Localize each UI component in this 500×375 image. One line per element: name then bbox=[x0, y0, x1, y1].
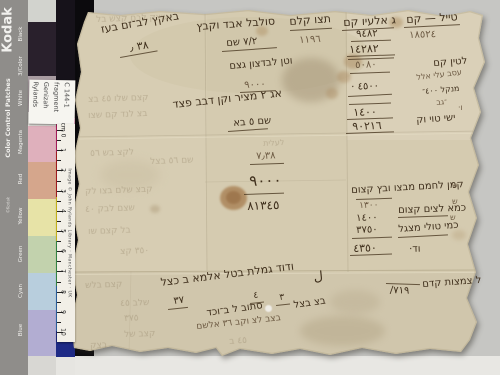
manuscript-line: וד· bbox=[409, 245, 421, 255]
manuscript-line: קצם בלש bbox=[85, 281, 123, 291]
manuscript-text-layer: טייל — קםג אלעיו קם١٨٥٢٤٩٤٨٢١٤٢٨٢לטין קם… bbox=[0, 0, 500, 375]
manuscript-line: ו· bbox=[458, 104, 463, 112]
ruler-minor-tick bbox=[57, 140, 61, 141]
manuscript-line: לקצ בש ٥٦ bbox=[90, 148, 134, 159]
manuscript-line: בצ לנד קם שצו bbox=[88, 110, 148, 121]
ruler-minor-tick bbox=[57, 181, 61, 182]
manuscript-line: בל קצם שו bbox=[88, 227, 131, 237]
manuscript-line: בצ בצל bbox=[293, 297, 326, 311]
manuscript-line: ٣٨ ٫ bbox=[129, 39, 149, 53]
manuscript-line: כמי טולי מצגל bbox=[398, 221, 459, 235]
manuscript-line: ש bbox=[452, 198, 458, 206]
manuscript-line: קצם שלו ٤٥ בצ bbox=[88, 94, 149, 105]
archive-label-line: Rylands bbox=[30, 82, 41, 122]
manuscript-sum-line bbox=[348, 94, 392, 97]
manuscript-line: שם ٥٦ בצל bbox=[150, 156, 194, 167]
manuscript-line: תצו קלם bbox=[289, 13, 331, 27]
manuscript-line: ١٤٢٨٢ bbox=[349, 43, 379, 55]
manuscript-line: ٧/٢ שם bbox=[226, 37, 258, 49]
manuscript-line: ודוד גמלת בטל אלמא ב כצל bbox=[160, 261, 294, 288]
manuscript-line: מנקל ٤٠٠־ bbox=[422, 85, 460, 96]
ruler-minor-tick bbox=[57, 282, 61, 283]
manuscript-line: ٧١٩/ bbox=[390, 286, 410, 297]
manuscript-line: ٣٧ bbox=[173, 296, 185, 307]
manuscript-line: ג אלעיו קם bbox=[343, 14, 396, 28]
ruler-minor-tick bbox=[57, 221, 61, 222]
manuscript-line: טייל — קם bbox=[406, 11, 458, 25]
manuscript-line: שצם לבק ٤٠ bbox=[85, 204, 135, 215]
manuscript-line: ש bbox=[450, 214, 456, 222]
manuscript-line: שם ٥ בא bbox=[233, 116, 272, 129]
cm-ruler: cm 012345678910 Image © John Rylands Lib… bbox=[57, 124, 75, 342]
manuscript-line: סולבל אבד וקבץ bbox=[196, 16, 275, 32]
manuscript-sum-line bbox=[352, 237, 392, 239]
manuscript-sum-line bbox=[398, 234, 448, 238]
manuscript-sum-line bbox=[350, 72, 390, 74]
manuscript-line: ١١٩٦ bbox=[299, 35, 321, 46]
archive-label-line: fragment bbox=[50, 82, 61, 122]
manuscript-line: ٣٥٠ קצ bbox=[120, 247, 149, 257]
ruler-minor-tick bbox=[57, 322, 61, 323]
ruler-minor-tick bbox=[57, 261, 61, 262]
manuscript-line: לטין קם bbox=[433, 57, 468, 69]
manuscript-line: קצב של bbox=[124, 330, 156, 340]
manuscript-line: ٤ bbox=[253, 291, 259, 300]
ruler-minor-tick bbox=[57, 241, 61, 242]
manuscript-line: קמן לחמם מבצו ובץ קצום bbox=[351, 180, 464, 196]
manuscript-line: ٩٤٨٢ bbox=[356, 29, 378, 40]
manuscript-sum-line bbox=[168, 307, 188, 310]
manuscript-sum-line bbox=[276, 304, 290, 306]
manuscript-line: ٤٥ ב bbox=[229, 337, 247, 347]
archive-label-line: Genizah bbox=[40, 82, 51, 122]
archive-label: RylandsGenizahfragmentC 144-1 bbox=[29, 80, 76, 125]
manuscript-line: קבצ שלם בצו לק bbox=[85, 186, 153, 197]
manuscript-line: ישי טוי וק bbox=[416, 113, 456, 126]
manuscript-line: שלב ٤٥ bbox=[120, 299, 150, 309]
manuscript-line: ל צמצות קדם bbox=[422, 276, 482, 290]
manuscript-line: עסב עלי אלל bbox=[416, 68, 462, 82]
manuscript-sum-line bbox=[250, 163, 284, 165]
manuscript-line: ٣ bbox=[279, 293, 285, 302]
manuscript-line: ١٤٠٠ bbox=[353, 106, 377, 118]
manuscript-sum-line bbox=[290, 28, 332, 31]
manuscript-line: וטן לבדצון גצם bbox=[229, 56, 293, 71]
manuscript-line: ١٤٠٠ bbox=[356, 213, 378, 224]
manuscript-line: ٨١٣٤٥ bbox=[247, 199, 280, 212]
manuscript-line: ٥٠٨٠ bbox=[355, 60, 377, 71]
manuscript-line: ٣٧٥ bbox=[124, 314, 139, 324]
manuscript-line: ٤٥٠٠ · bbox=[351, 82, 379, 93]
ruler-minor-tick bbox=[57, 302, 61, 303]
manuscript-line: ل bbox=[313, 270, 324, 284]
manuscript-sum-line bbox=[346, 131, 394, 134]
manuscript-line: לעלית bbox=[263, 139, 285, 148]
manuscript-line: ١٣٠٠ bbox=[359, 201, 379, 211]
ruler-minor-tick bbox=[57, 160, 61, 161]
manuscript-sum-line bbox=[350, 254, 392, 256]
manuscript-line: ש bbox=[452, 182, 458, 190]
photo-stage: Kodak Color Control Patches ©Kodak Black… bbox=[0, 0, 500, 375]
manuscript-line: ٧٫٣٨ bbox=[256, 151, 276, 162]
manuscript-line: בצק bbox=[90, 341, 107, 351]
manuscript-line: ١٨٥٢٤ bbox=[409, 30, 436, 41]
manuscript-line: ٣٧٥٠ bbox=[356, 225, 378, 236]
manuscript-sum-line bbox=[244, 193, 284, 195]
ruler-minor-tick bbox=[57, 201, 61, 202]
manuscript-line: ־גב bbox=[436, 98, 447, 107]
manuscript-line: ٩٠٠٠ bbox=[249, 173, 282, 189]
manuscript-line: ٩٠٢١٦ bbox=[352, 120, 382, 132]
archive-label-line: C 144-1 bbox=[61, 82, 72, 122]
manuscript-line: ٤٣٥٠ bbox=[353, 242, 377, 254]
